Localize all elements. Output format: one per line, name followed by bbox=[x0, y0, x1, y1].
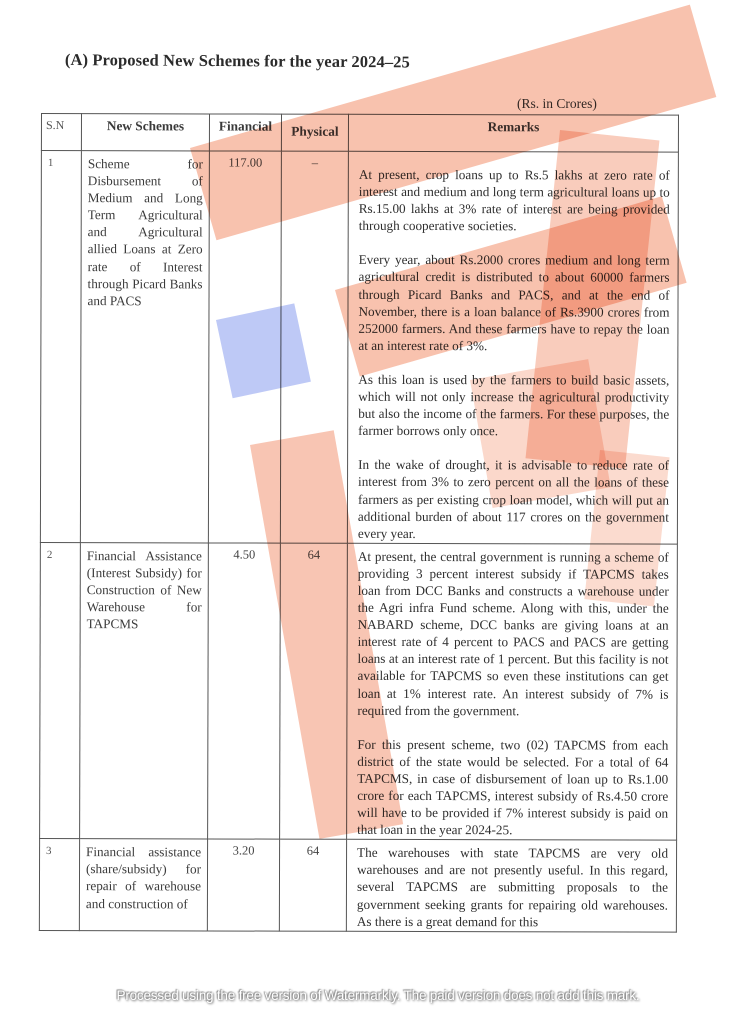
row-financial: 117.00 bbox=[208, 151, 281, 543]
remark-paragraph: At present, crop loans up to Rs.5 lakhs … bbox=[359, 166, 670, 235]
header-remarks: Remarks bbox=[348, 114, 678, 152]
row-scheme: Financial Assistance (Interest Subsidy) … bbox=[80, 542, 209, 839]
remark-paragraph: As this loan is used by the farmers to b… bbox=[358, 371, 669, 440]
remark-paragraph: For this present scheme, two (02) TAPCMS… bbox=[357, 736, 668, 839]
row-remarks: At present, crop loans up to Rs.5 lakhs … bbox=[347, 151, 678, 544]
remark-paragraph: Every year, about Rs.2000 crores medium … bbox=[358, 251, 669, 354]
table-row: 3 Financial assistance (share/subsidy) f… bbox=[39, 839, 676, 932]
schemes-table: S.N New Schemes Financial Physical Remar… bbox=[39, 113, 679, 932]
header-new-schemes: New Schemes bbox=[81, 114, 209, 151]
remark-paragraph: In the wake of drought, it is advisable … bbox=[358, 456, 669, 542]
row-financial: 4.50 bbox=[208, 543, 281, 840]
footer-watermark-text: Processed using the free version of Wate… bbox=[0, 988, 756, 1003]
row-sn: 1 bbox=[40, 151, 81, 543]
table-row: 2 Financial Assistance (Interest Subsidy… bbox=[40, 542, 678, 840]
row-financial: 3.20 bbox=[207, 839, 279, 931]
row-physical: – bbox=[280, 151, 348, 543]
row-scheme: Financial assistance (share/subsidy) for… bbox=[79, 839, 207, 931]
header-sn: S.N bbox=[41, 114, 81, 151]
units-note: (Rs. in Crores) bbox=[517, 96, 597, 112]
row-remarks: At present, the central government is ru… bbox=[347, 543, 678, 840]
table-row: 1 Scheme for Disbursement of Medium and … bbox=[40, 151, 678, 544]
row-sn: 3 bbox=[39, 839, 79, 931]
header-physical: Physical bbox=[281, 114, 348, 151]
table-header-row: S.N New Schemes Financial Physical Remar… bbox=[41, 114, 678, 153]
row-physical: 64 bbox=[280, 543, 348, 840]
row-physical: 64 bbox=[279, 839, 346, 931]
header-financial: Financial bbox=[209, 114, 281, 151]
page-title: (A) Proposed New Schemes for the year 20… bbox=[65, 50, 410, 72]
row-sn: 2 bbox=[40, 542, 81, 839]
remark-paragraph: The warehouses with state TAPCMS are ver… bbox=[357, 844, 668, 930]
row-remarks: The warehouses with state TAPCMS are ver… bbox=[346, 840, 676, 932]
row-scheme: Scheme for Disbursement of Medium and Lo… bbox=[80, 151, 209, 543]
remark-paragraph: At present, the central government is ru… bbox=[357, 548, 668, 720]
